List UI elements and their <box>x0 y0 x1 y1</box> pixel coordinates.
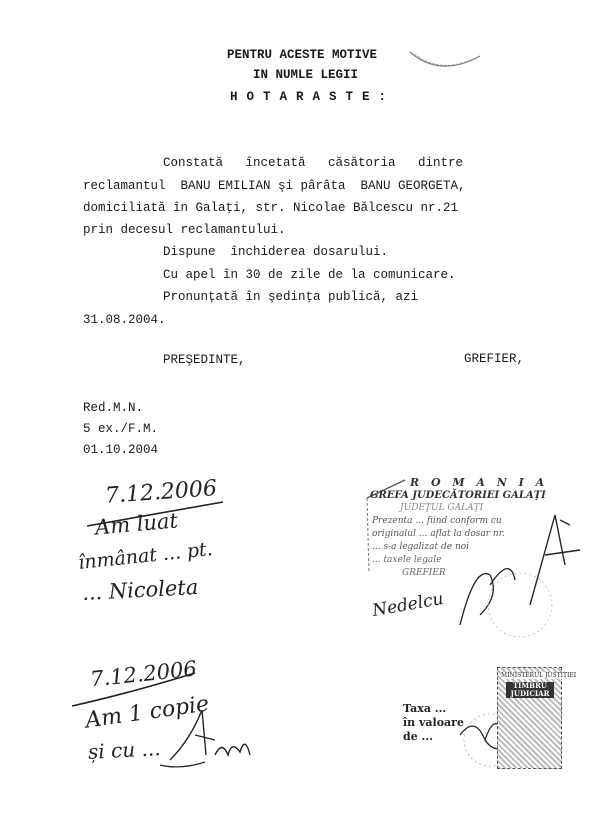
body-paragraph-1-line-1: Constată încetată căsătoria dintre <box>163 155 463 171</box>
clerk-label: GREFIER, <box>464 351 524 367</box>
body-paragraph-2: Dispune închiderea dosarului. <box>163 244 388 260</box>
body-paragraph-4-line-1: Pronunţată în şedinţa publică, azi <box>163 289 418 305</box>
header-line-2: IN NUMLE LEGII <box>253 67 358 83</box>
footer-red: Red.M.N. <box>83 400 143 416</box>
footer-copies: 5 ex./F.M. <box>83 421 158 437</box>
stamp-signature-icon <box>420 495 580 640</box>
body-paragraph-3: Cu apel în 30 de zile de la comunicare. <box>163 267 456 283</box>
president-label: PREŞEDINTE, <box>163 352 246 368</box>
tax-stamp-title: TIMBRU JUDICIAR <box>506 682 554 698</box>
handwritten-note-1-line-2: înmânat ... pt. <box>77 538 213 574</box>
tax-stamp-header: MINISTERUL JUSTIŢIEI <box>501 672 576 679</box>
header-line-3: HOTARASTE: <box>230 89 395 105</box>
body-paragraph-4-line-2: 31.08.2004. <box>83 312 166 328</box>
judicial-tax-stamp: MINISTERUL JUSTIŢIEI TIMBRU JUDICIAR <box>497 667 562 769</box>
header-line-1: PENTRU ACESTE MOTIVE <box>227 47 377 63</box>
signature-2-icon <box>150 700 260 770</box>
body-paragraph-1-line-4: prin decesul reclamantului. <box>83 222 286 238</box>
tax-label-1: Taxa ... <box>403 702 446 715</box>
body-paragraph-1-line-3: domiciliată în Galaţi, str. Nicolae Bălc… <box>83 200 458 216</box>
footer-date: 01.10.2004 <box>83 442 158 458</box>
stamp-line-1: R O M A N I A <box>410 476 548 489</box>
tax-label-3: de ... <box>403 730 433 743</box>
handwritten-note-1-line-3: ... Nicoleta <box>81 575 198 605</box>
body-paragraph-1-line-2: reclamantul BANU EMILIAN şi pârâta BANU … <box>83 178 466 194</box>
faint-seal-icon <box>405 40 485 80</box>
